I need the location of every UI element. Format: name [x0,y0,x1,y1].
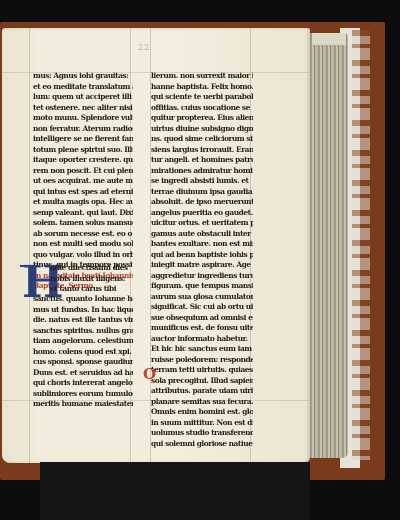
text-line: angelus pueritia eo gaudet. Hic [151,207,253,218]
text-line: hanne baptista. Felix homo. [151,81,253,92]
text-line: figuram. que tempus mansitauit in [151,281,253,292]
text-line: ruisse poledorem: respondens [151,354,253,365]
text-line: auctor informato habetur. [151,333,253,344]
red-initial-o: O [143,367,153,381]
text-line: homo. colens quod est xpi. ami [33,346,133,357]
text-line: munificus est. de fonsu uite. [151,323,253,334]
text-line: aggredietur ingrediens turum [151,270,253,281]
text-line: qui choris intererat angelorum. [33,378,133,389]
text-line: mus: Agnus iohi grauitas: [33,71,133,82]
text-line: ab sorum necesse est. eo o fole [33,228,133,239]
text-line: moto munu. Splendore vultus [33,113,133,124]
text-line: planare semitas sua fecura. [151,396,253,407]
text-line: quitur propterea. Eius aliene [151,113,253,124]
text-line: et eo meditate translatum ad ce [33,81,133,92]
text-line: tur angeli. et homines patrum [151,155,253,166]
binding-wear [352,30,370,460]
text-line: Omnis enim homini est. gloria [151,407,253,418]
text-line: absoluit. de ipso meruerunt [151,197,253,208]
text-line: Et hic hic sanctus eum iam [151,344,253,355]
folio-number: 22 [138,43,150,52]
text-line: tet ostenere. nec aliter nisi in tr [33,102,133,113]
text-line: non ferratur. Aterum radios: [33,123,133,134]
text-line: terrae diuinum ipsa gaudia se [151,186,253,197]
text-line: se ingredi absisti lumis. et [151,176,253,187]
text-line: solem. tamen solus mansuetudo [33,218,133,229]
text-line: mus ut fundus. In hac liquet [33,304,133,315]
left-column-text-lower: sanctus. quanto Iohanne honio. mus ut fu… [33,294,133,410]
text-line: tiam angelorum. celestiumque [33,336,133,347]
text-line: rem non poscit. Et cui plenitudo [33,165,133,176]
text-line: qui intus est spes ad eternitate. [33,186,133,197]
text-line: itaque oporter crestere. qui celeste [33,155,133,166]
text-line: attributus. parate uiam uiri [151,386,253,397]
text-line: ns. quod sime celiciorum sime [151,134,253,145]
text-line: iniegit matre aspirare. Age in [151,260,253,271]
text-line: uirtus diuine subsigno dignum [151,123,253,134]
text-line: et multa magis opa. Hec autem [33,197,133,208]
text-line: aurum sua glosa cumulatorie [151,291,253,302]
text-line: qui solemni gloriose natiue psum habi [151,438,253,449]
text-line: Duus est. et seruidus ad habere. [33,367,133,378]
right-column-text: lierum. non surrexit maior io hanne bapt… [151,71,253,449]
text-line: terram tetti uirtutis. quiaest [151,365,253,376]
text-line: non est multi sed modu sole [33,239,133,250]
text-line: qui ad benn baptiste iohis pu [151,249,253,260]
text-line: gamus aute obstaculi inter [151,228,253,239]
ruling-line-left-outer [29,28,30,463]
text-line: in suum mittitur. Non est distu [151,417,253,428]
left-column-text-after-initial: odie dilectissimi dies nobis illuxit ill… [50,263,135,295]
text-line: meritis humane maiestatem [33,399,133,410]
text-line: sanctus. quanto Iohanne honio. [33,294,133,305]
text-line: lierum. non surrexit maior io [151,71,253,82]
text-line: sanctus spiritus. nullus gra [33,325,133,336]
text-line: semp valeant. qui laut. Dixit [33,207,133,218]
text-line: sola precogitui. Illud sapientis [151,375,253,386]
text-line: mirationes admiratur hominu [151,165,253,176]
text-line: intelligere se ne fierent fanes eos [33,134,133,145]
text-line: sue obsequium ad omnisi est habitus [151,312,253,323]
text-line: odie dilectissimi dies [50,263,135,274]
text-line: qui sciente te uerbi parabolis [151,92,253,103]
text-line: die. natus est ille tantus vir. [33,315,133,326]
text-line: nobis illuxit illigens: [50,273,135,284]
text-line: offitias. cuius uocatione se [151,102,253,113]
fore-edge-top [312,33,346,45]
text-line: cus sponsi. sponse gaudium. [33,357,133,368]
text-line: uicitur ortus. et ueritatem pro [151,218,253,229]
text-line: sublimiores eorum tumulos in [33,388,133,399]
text-line: lum: quem ut acciperet illi oper [33,92,133,103]
text-line: uolumus studio transferendae [151,428,253,439]
page-fore-edge [310,33,348,458]
text-line: ut oes acquirat. me aute minui. [33,176,133,187]
text-line: siens largius irrorauit. Erant [151,144,253,155]
text-line: significat. Sic cui ab ortu uite [151,302,253,313]
text-line: totum plene spirtui suo. Illum [33,144,133,155]
text-line: bantes exultare. non est mirab. [151,239,253,250]
background-shadow [40,462,310,520]
